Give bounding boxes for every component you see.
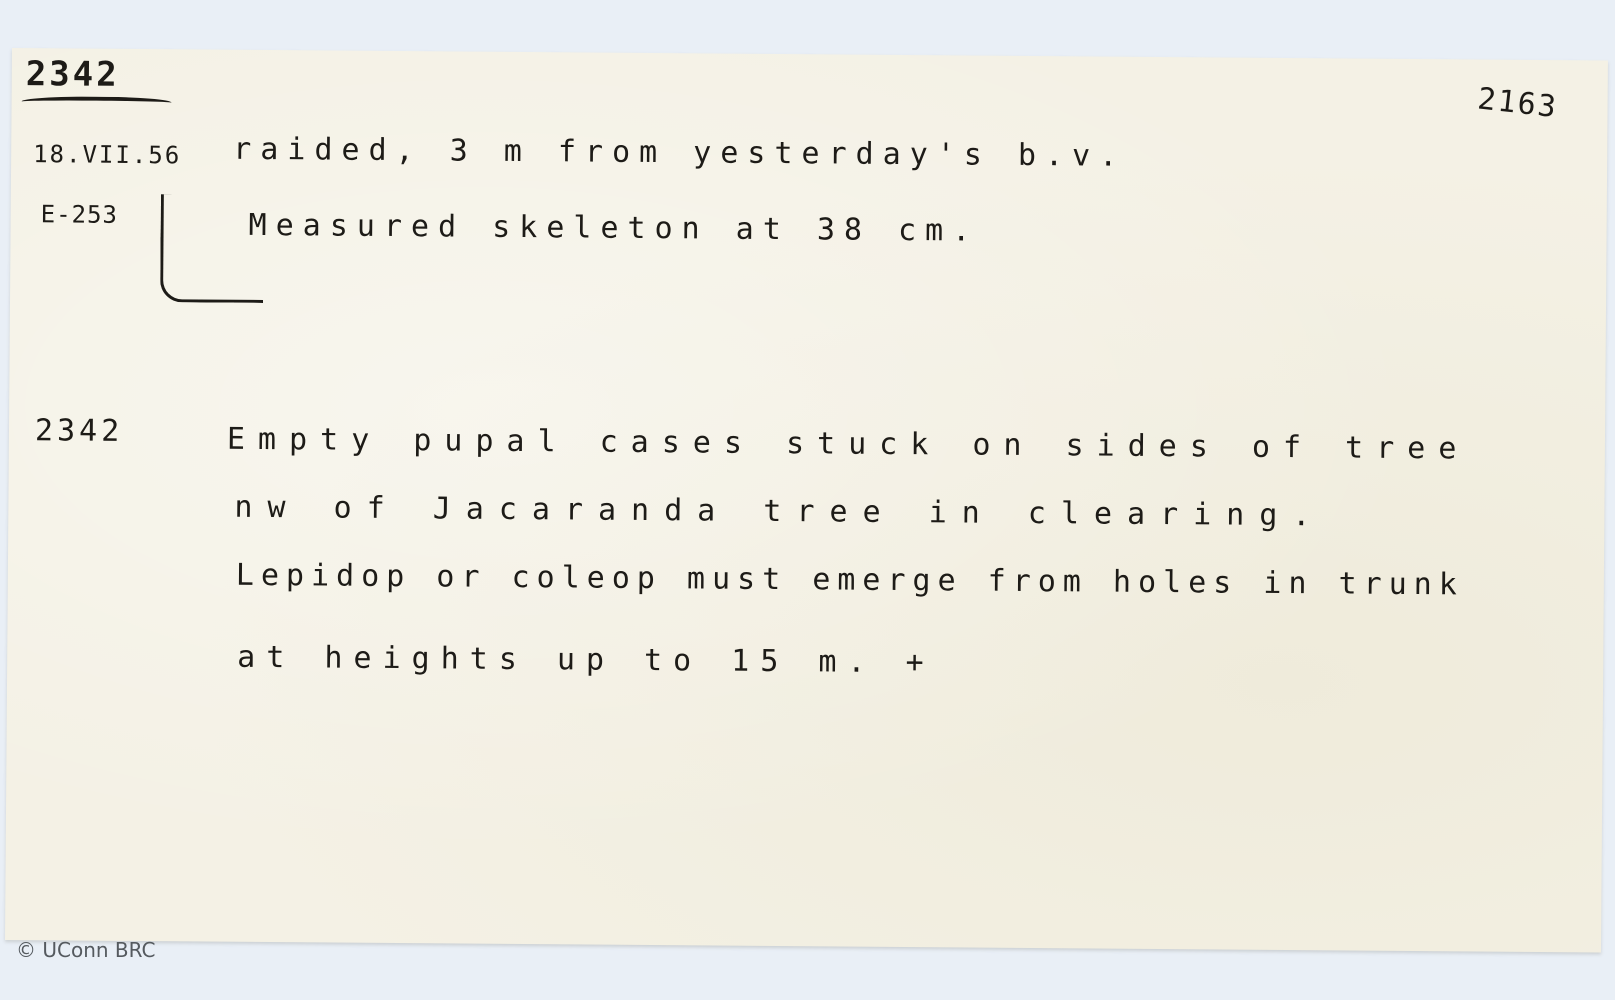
catalog-number-top-right: 2163: [1476, 81, 1560, 125]
copyright-notice: © UConn BRC: [16, 938, 156, 962]
field-note-card: 2342 2163 18.VII.56 raided, 3 m from yes…: [5, 48, 1608, 953]
entry2-line1: Empty pupal cases stuck on sides of tree: [227, 422, 1470, 467]
specimen-code: E-253: [41, 200, 118, 229]
entry2-line2: nw of Jacaranda tree in clearing.: [234, 490, 1325, 534]
entry-date: 18.VII.56: [33, 140, 181, 169]
entry2-line4: at heights up to 15 m. +: [237, 640, 935, 680]
entry1-line2: Measured skeleton at 38 cm.: [248, 208, 979, 249]
entry2-line3: Lepidop or coleop must emerge from holes…: [236, 558, 1464, 603]
entry2-number: 2342: [35, 413, 124, 449]
card-number-top-left: 2342: [26, 54, 120, 95]
entry1-line1: raided, 3 m from yesterday's b.v.: [233, 132, 1126, 174]
scribbled-underline: [21, 96, 171, 115]
